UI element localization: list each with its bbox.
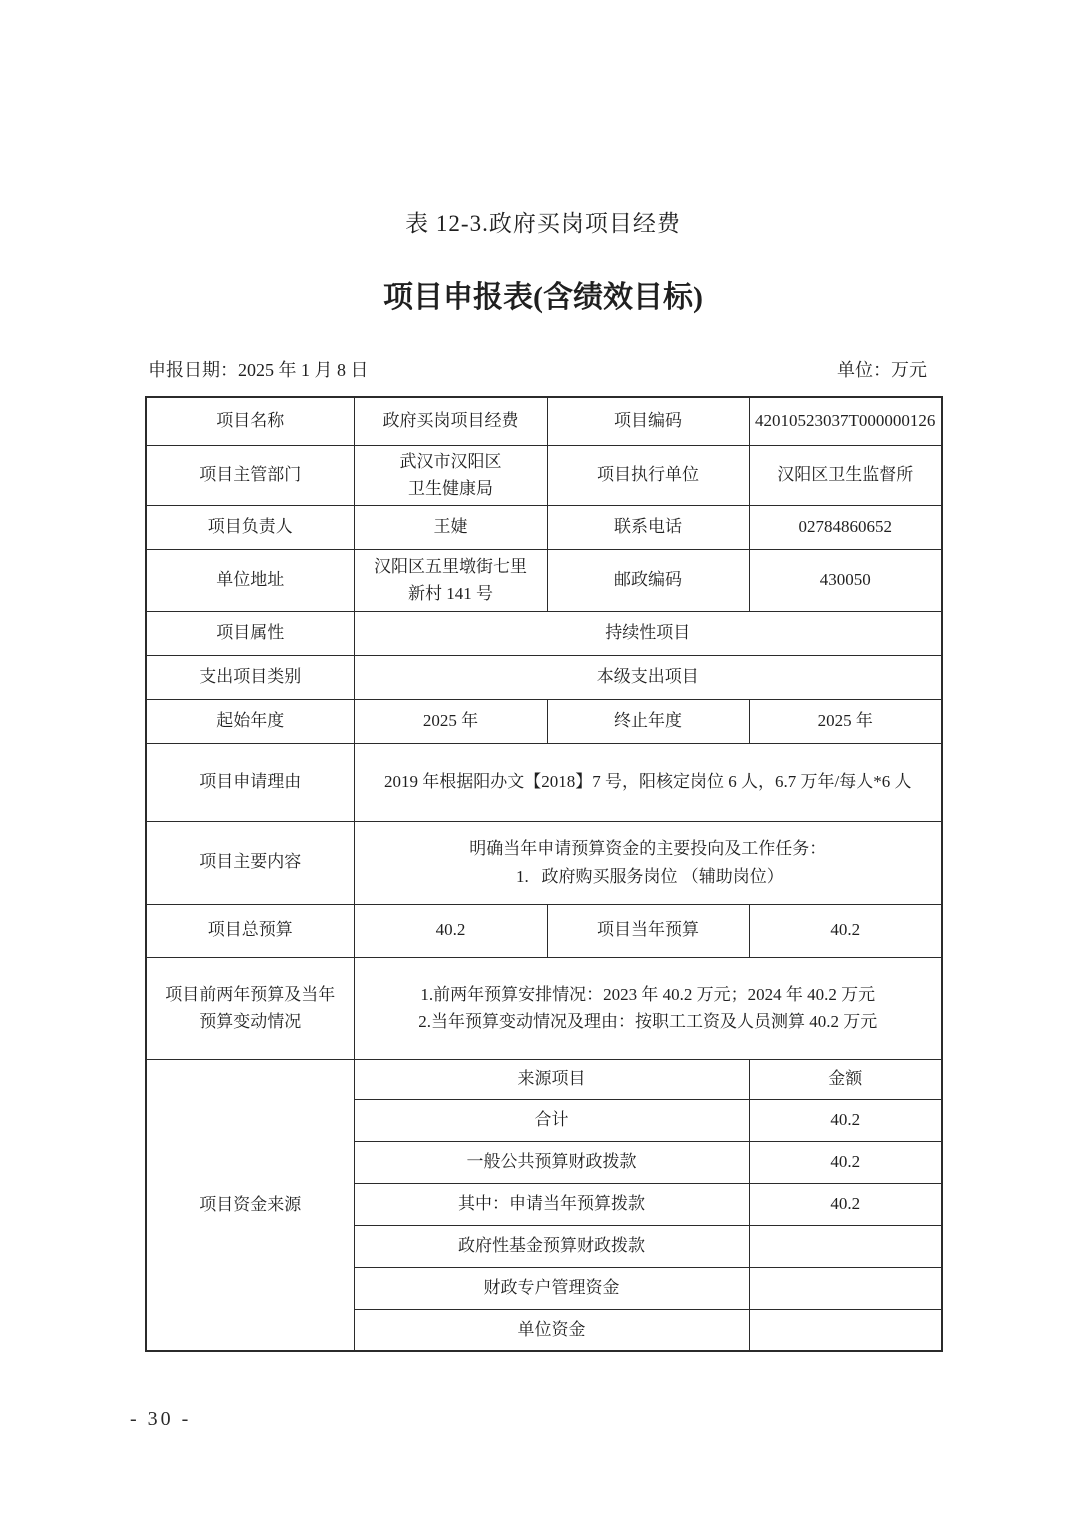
funding-section-label: 项目资金来源 [146,1059,354,1351]
year-budget-label: 项目当年预算 [547,904,749,957]
funding-source-cell: 一般公共预算财政拨款 [354,1141,749,1183]
reason-value: 2019 年根据阳办文【2018】7 号，阳核定岗位 6 人，6.7 万年/每人… [354,743,942,821]
funding-header-source: 来源项目 [354,1059,749,1099]
end-year-label: 终止年度 [547,699,749,743]
dept-value: 武汉市汉阳区 卫生健康局 [354,445,547,505]
leader-value: 王婕 [354,505,547,549]
row-attribute: 项目属性 持续性项目 [146,611,942,655]
address-value: 汉阳区五里墩街七里 新村 141 号 [354,549,547,611]
reason-label: 项目申请理由 [146,743,354,821]
prev-budget-label-line1: 项目前两年预算及当年 [151,981,350,1008]
funding-source-cell: 单位资金 [354,1309,749,1351]
main-content-line2: 1. 政府购买服务岗位 （辅助岗位） [359,863,938,890]
funding-amount-cell [749,1267,942,1309]
attribute-label: 项目属性 [146,611,354,655]
funding-source-cell: 合计 [354,1099,749,1141]
prev-budget-label: 项目前两年预算及当年 预算变动情况 [146,957,354,1059]
doc-title: 表 12-3.政府买岗项目经费 [145,205,941,238]
funding-source-cell: 财政专户管理资金 [354,1267,749,1309]
row-address: 单位地址 汉阳区五里墩街七里 新村 141 号 邮政编码 430050 [146,549,942,611]
funding-amount-cell: 40.2 [749,1183,942,1225]
row-budget: 项目总预算 40.2 项目当年预算 40.2 [146,904,942,957]
funding-amount-cell [749,1309,942,1351]
project-name-value: 政府买岗项目经费 [354,397,547,445]
leader-label: 项目负责人 [146,505,354,549]
funding-amount-cell [749,1225,942,1267]
application-form-table: 项目名称 政府买岗项目经费 项目编码 42010523037T000000126… [145,396,943,1352]
category-value: 本级支出项目 [354,655,942,699]
page-number: - 30 - [130,1408,191,1431]
project-code-label: 项目编码 [547,397,749,445]
document-page: 表 12-3.政府买岗项目经费 项目申报表(含绩效目标) 申报日期：2025 年… [0,0,1074,1520]
prev-budget-label-line2: 预算变动情况 [151,1008,350,1035]
meta-row: 申报日期：2025 年 1 月 8 日 单位：万元 [145,356,941,382]
year-budget-value: 40.2 [749,904,942,957]
row-dept: 项目主管部门 武汉市汉阳区 卫生健康局 项目执行单位 汉阳区卫生监督所 [146,445,942,505]
prev-budget-value: 1.前两年预算安排情况：2023 年 40.2 万元；2024 年 40.2 万… [354,957,942,1059]
report-date: 申报日期：2025 年 1 月 8 日 [145,356,369,382]
row-main-content: 项目主要内容 明确当年申请预算资金的主要投向及工作任务： 1. 政府购买服务岗位… [146,821,942,904]
start-year-value: 2025 年 [354,699,547,743]
phone-value: 02784860652 [749,505,942,549]
prev-budget-line1: 1.前两年预算安排情况：2023 年 40.2 万元；2024 年 40.2 万… [359,981,938,1008]
funding-header-amount: 金额 [749,1059,942,1099]
total-budget-label: 项目总预算 [146,904,354,957]
unit-note: 单位：万元 [837,356,941,382]
end-year-value: 2025 年 [749,699,942,743]
row-reason: 项目申请理由 2019 年根据阳办文【2018】7 号，阳核定岗位 6 人，6.… [146,743,942,821]
dept-value-line2: 卫生健康局 [359,475,543,502]
main-content-value: 明确当年申请预算资金的主要投向及工作任务： 1. 政府购买服务岗位 （辅助岗位） [354,821,942,904]
row-category: 支出项目类别 本级支出项目 [146,655,942,699]
start-year-label: 起始年度 [146,699,354,743]
dept-value-line1: 武汉市汉阳区 [359,448,543,475]
postcode-value: 430050 [749,549,942,611]
project-code-value: 42010523037T000000126 [749,397,942,445]
main-content-label: 项目主要内容 [146,821,354,904]
funding-amount-cell: 40.2 [749,1141,942,1183]
funding-amount-cell: 40.2 [749,1099,942,1141]
funding-source-cell: 政府性基金预算财政拨款 [354,1225,749,1267]
project-name-label: 项目名称 [146,397,354,445]
exec-unit-label: 项目执行单位 [547,445,749,505]
doc-subtitle: 项目申报表(含绩效目标) [145,272,941,316]
address-value-line2: 新村 141 号 [359,580,543,607]
funding-source-cell: 其中：申请当年预算拨款 [354,1183,749,1225]
address-value-line1: 汉阳区五里墩街七里 [359,553,543,580]
row-prev-budget: 项目前两年预算及当年 预算变动情况 1.前两年预算安排情况：2023 年 40.… [146,957,942,1059]
main-content-line1: 明确当年申请预算资金的主要投向及工作任务： [359,835,938,862]
prev-budget-line2: 2.当年预算变动情况及理由：按职工工资及人员测算 40.2 万元 [359,1008,938,1035]
total-budget-value: 40.2 [354,904,547,957]
category-label: 支出项目类别 [146,655,354,699]
attribute-value: 持续性项目 [354,611,942,655]
row-leader: 项目负责人 王婕 联系电话 02784860652 [146,505,942,549]
row-project-name: 项目名称 政府买岗项目经费 项目编码 42010523037T000000126 [146,397,942,445]
postcode-label: 邮政编码 [547,549,749,611]
address-label: 单位地址 [146,549,354,611]
row-years: 起始年度 2025 年 终止年度 2025 年 [146,699,942,743]
exec-unit-value: 汉阳区卫生监督所 [749,445,942,505]
row-funding-header: 项目资金来源 来源项目 金额 [146,1059,942,1099]
phone-label: 联系电话 [547,505,749,549]
dept-label: 项目主管部门 [146,445,354,505]
